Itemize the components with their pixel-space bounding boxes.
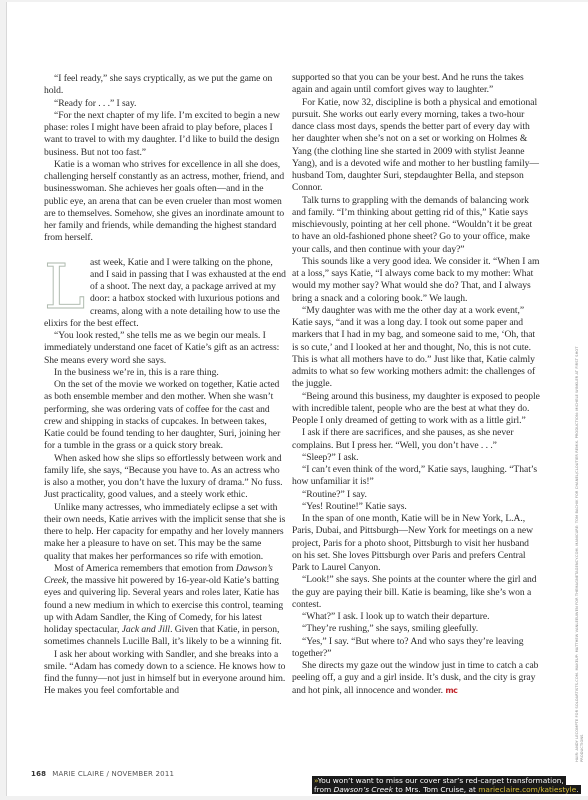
film-title: Jack and Jill <box>122 624 170 635</box>
show-title: Dawson’s Creek <box>334 785 393 794</box>
drop-cap-section: L ast week, Katie and I were talking on … <box>44 257 286 331</box>
left-column: “I feel ready,” she says cryptically, as… <box>44 73 286 698</box>
paragraph: “My daughter was with me the other day a… <box>292 305 540 391</box>
paragraph: Talk turns to grappling with the demands… <box>292 195 540 256</box>
text-run: You won’t want to miss our cover star’s … <box>318 776 564 785</box>
paragraph: “For the next chapter of my life. I’m ex… <box>44 110 286 159</box>
paragraph: In the business we’re in, this is a rare… <box>44 367 286 379</box>
promo-line-2: from Dawson’s Creek to Mrs. Tom Cruise, … <box>312 785 581 794</box>
paragraph-continued: supported so that you can be your best. … <box>292 72 540 97</box>
paragraph: “Yes,” I say. “But where to? And who say… <box>292 636 540 661</box>
right-column: supported so that you can be your best. … <box>292 72 540 697</box>
text-run: Most of America remembers that emotion f… <box>54 563 236 574</box>
text-run: from <box>314 785 334 794</box>
end-mark-icon: mc <box>445 686 457 695</box>
paragraph: “I feel ready,” she says cryptically, as… <box>44 73 286 98</box>
magazine-page: “I feel ready,” she says cryptically, as… <box>6 2 588 796</box>
paragraph: Unlike many actresses, who immediately e… <box>44 502 286 563</box>
paragraph: I ask her about working with Sandler, an… <box>44 649 286 698</box>
paragraph: On the set of the movie we worked on tog… <box>44 379 286 453</box>
page-number: 168 <box>31 770 46 778</box>
paragraph: “You look rested,” she tells me as we be… <box>44 330 286 367</box>
publication-issue: MARIE CLAIRE / NOVEMBER 2011 <box>52 770 174 778</box>
paragraph: When asked how she slips so effortlessly… <box>44 453 286 502</box>
page-folio: 168MARIE CLAIRE / NOVEMBER 2011 <box>31 770 174 778</box>
paragraph: “What?” I ask. I look up to watch their … <box>292 611 540 623</box>
drop-cap-letter: L <box>44 261 84 313</box>
paragraph: “Routine?” I say. <box>292 489 540 501</box>
credits-text: HAIR: ANDY LECOMPTE FOR SOLOARTISTS.COM.… <box>575 342 584 762</box>
web-promo: »You won’t want to miss our cover star’s… <box>312 776 562 794</box>
paragraph: “Sleep?” I ask. <box>292 452 540 464</box>
paragraph: This sounds like a very good idea. We co… <box>292 256 540 305</box>
paragraph: In the span of one month, Katie will be … <box>292 513 540 574</box>
paragraph: “Being around this business, my daughter… <box>292 391 540 428</box>
promo-url-link[interactable]: marieclaire.com/katiestyle <box>478 785 576 794</box>
paragraph: “Look!” she says. She points at the coun… <box>292 574 540 611</box>
photo-credits: HAIR: ANDY LECOMPTE FOR SOLOARTISTS.COM.… <box>575 562 588 762</box>
paragraph: “They’re rushing,” she says, smiling gle… <box>292 623 540 635</box>
text-run: She directs my gaze out the window just … <box>292 660 538 696</box>
promo-line-1: »You won’t want to miss our cover star’s… <box>312 776 566 785</box>
paragraph-dawsons-creek: Most of America remembers that emotion f… <box>44 563 286 649</box>
paragraph-final: She directs my gaze out the window just … <box>292 660 540 697</box>
paragraph: Katie is a woman who strives for excelle… <box>44 159 286 245</box>
paragraph: “I can’t even think of the word,” Katie … <box>292 464 540 489</box>
paragraph: “Ready for . . .” I say. <box>44 98 286 110</box>
paragraph: I ask if there are sacrifices, and she p… <box>292 427 540 452</box>
text-run: to Mrs. Tom Cruise, at <box>393 785 478 794</box>
paragraph: “Yes! Routine!” Katie says. <box>292 501 540 513</box>
text-run: . <box>576 785 578 794</box>
paragraph: For Katie, now 32, discipline is both a … <box>292 97 540 195</box>
